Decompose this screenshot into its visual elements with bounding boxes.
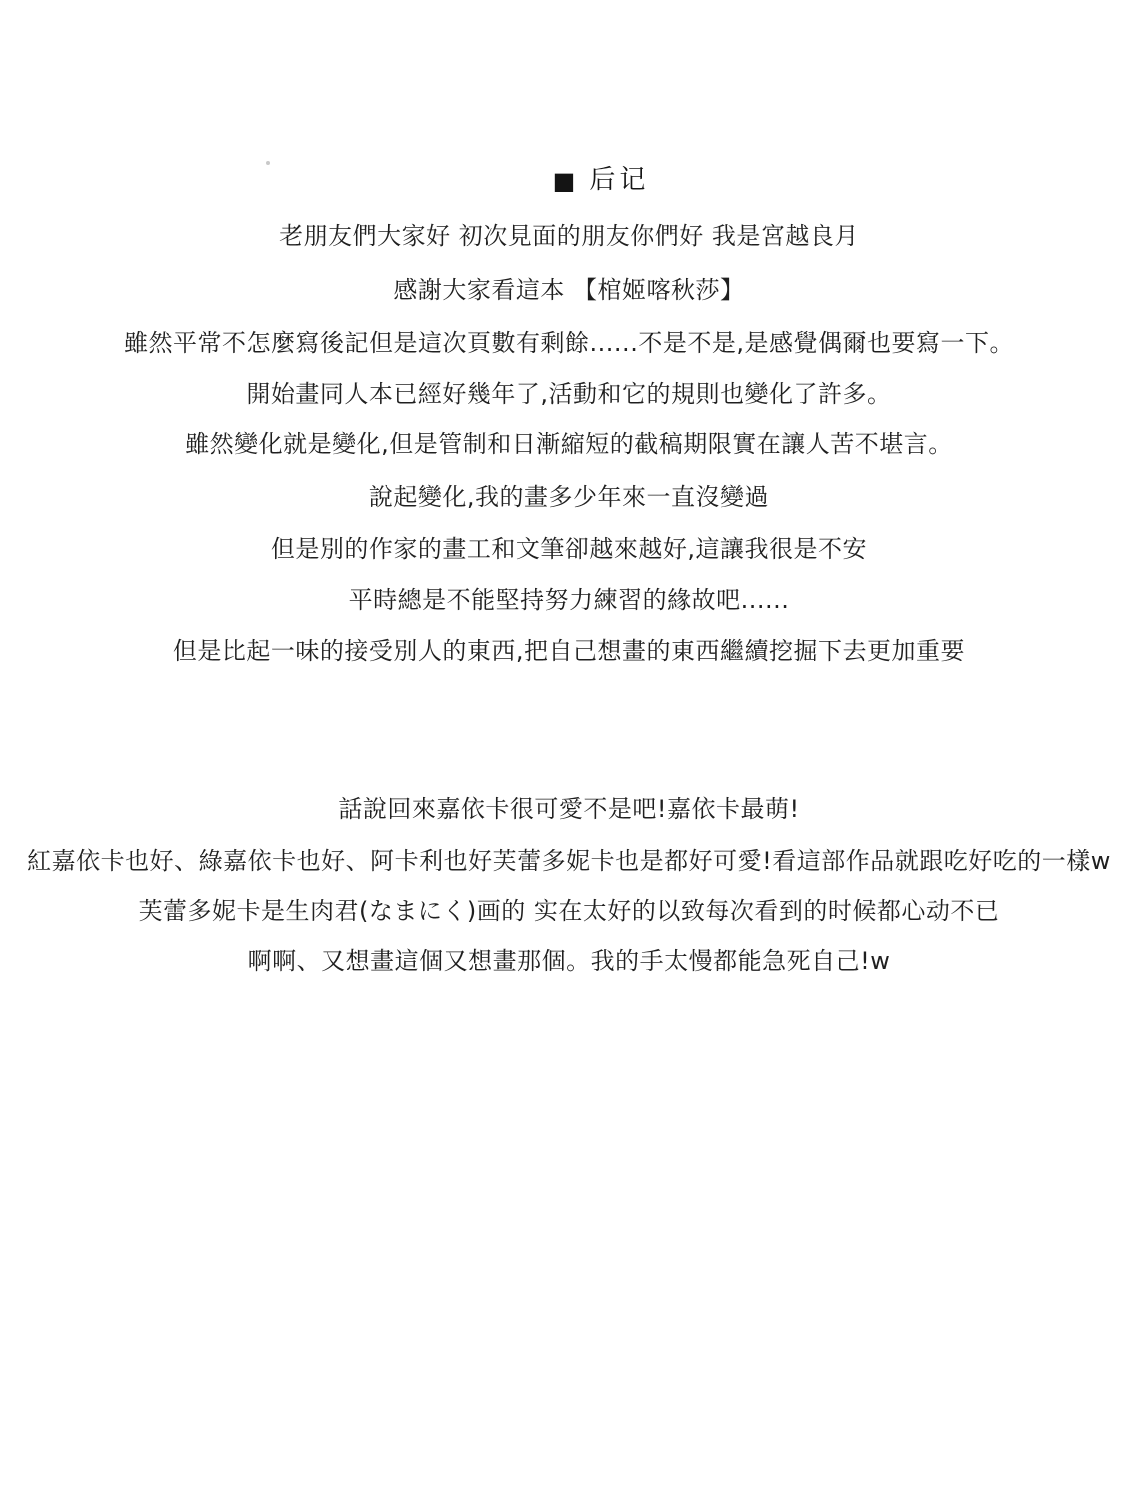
afterword-page: ■后记 老朋友們大家好 初次見面的朋友你們好 我是宮越良月 感謝大家看這本 【棺… [0, 0, 1138, 1500]
section-heading-label: 后记 [589, 165, 649, 195]
afterword-line: 開始畫同人本已經好幾年了,活動和它的規則也變化了許多。 [0, 378, 1138, 410]
square-bullet-icon: ■ [553, 165, 576, 197]
afterword-line: 雖然變化就是變化,但是管制和日漸縮短的截稿期限實在讓人苦不堪言。 [0, 428, 1138, 460]
afterword-line: 感謝大家看這本 【棺姬喀秋莎】 [0, 274, 1138, 306]
afterword-line: 芙蕾多妮卡是生肉君(なまにく)画的 实在太好的以致每次看到的时候都心动不已 [0, 895, 1138, 927]
section-heading: ■后记 [32, 164, 1138, 197]
afterword-line: 老朋友們大家好 初次見面的朋友你們好 我是宮越良月 [0, 220, 1138, 252]
afterword-line: 話說回來嘉依卡很可愛不是吧!嘉依卡最萌! [0, 793, 1138, 825]
afterword-line: 說起變化,我的畫多少年來一直沒變過 [0, 481, 1138, 513]
afterword-line: 紅嘉依卡也好、綠嘉依卡也好、阿卡利也好芙蕾多妮卡也是都好可愛!看這部作品就跟吃好… [0, 845, 1138, 877]
afterword-line: 但是別的作家的畫工和文筆卻越來越好,這讓我很是不安 [0, 533, 1138, 565]
afterword-line: 但是比起一味的接受別人的東西,把自己想畫的東西繼續挖掘下去更加重要 [0, 635, 1138, 667]
afterword-line: 平時總是不能堅持努力練習的緣故吧...... [0, 584, 1138, 616]
afterword-line: 啊啊、又想畫這個又想畫那個。我的手太慢都能急死自己!w [0, 945, 1138, 977]
afterword-line: 雖然平常不怎麼寫後記但是這次頁數有剩餘......不是不是,是感覺偶爾也要寫一下… [0, 327, 1138, 359]
